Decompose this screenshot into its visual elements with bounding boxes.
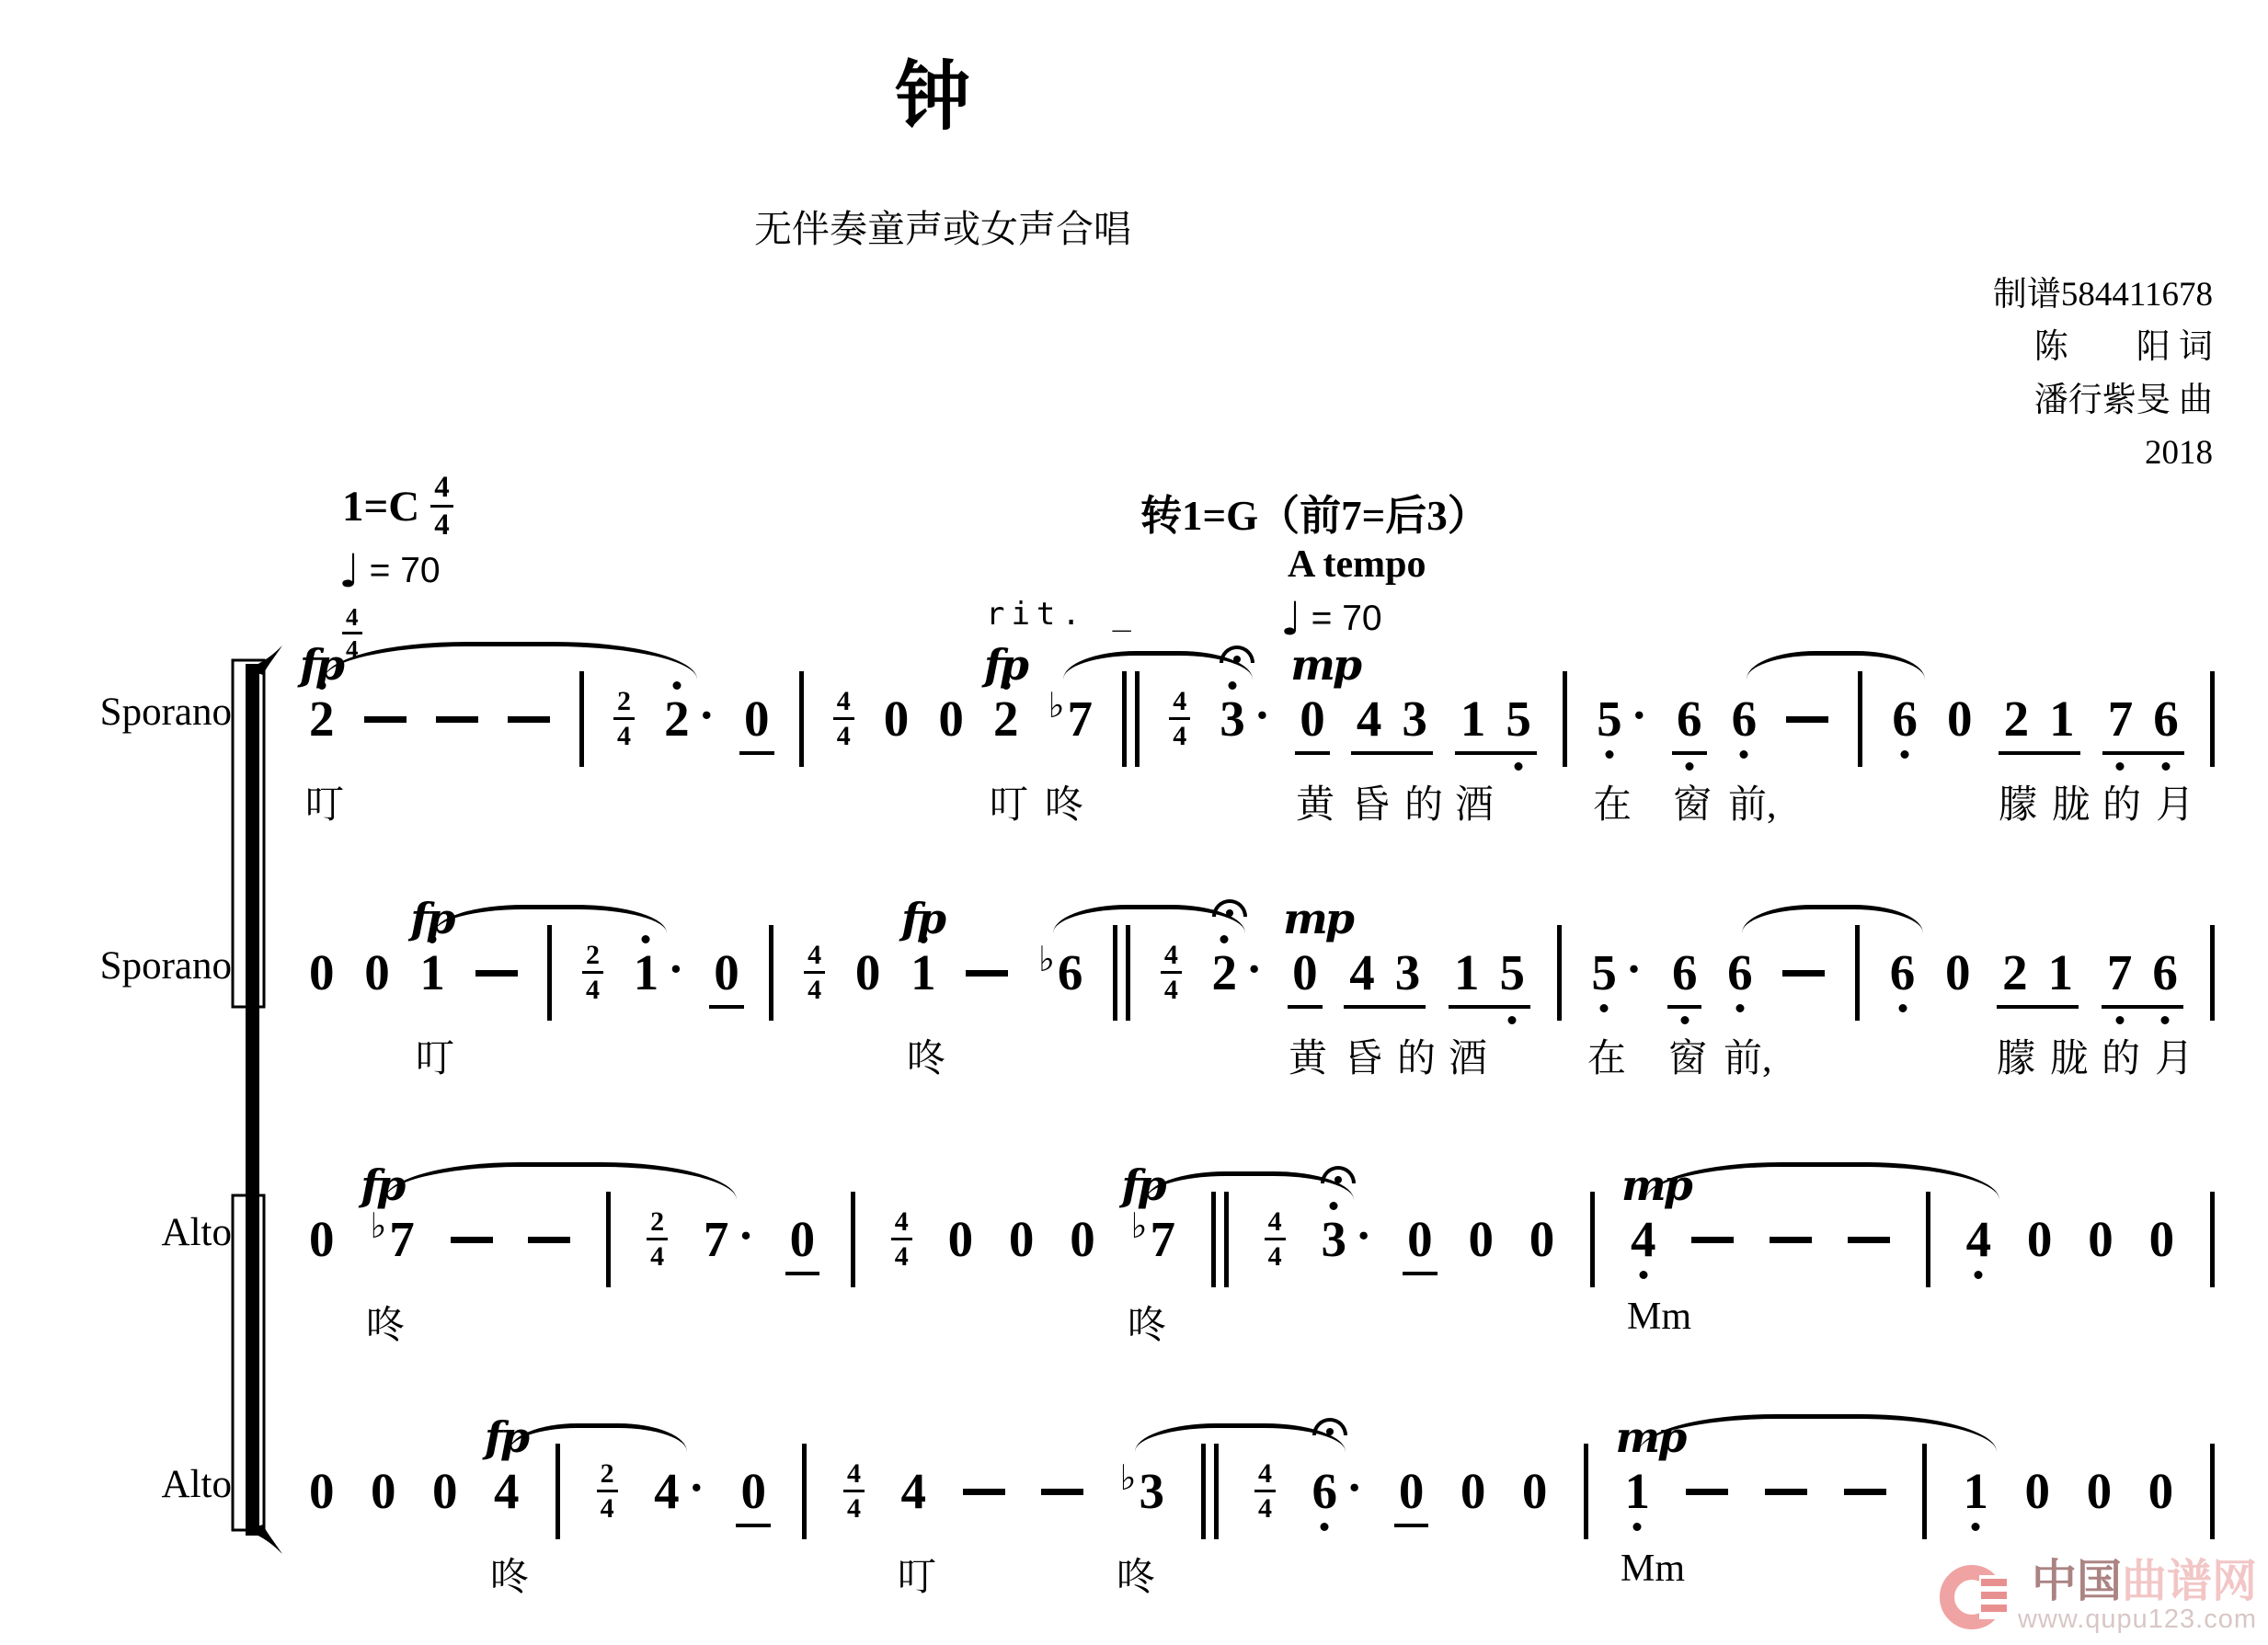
voice-label-2: Sporano	[0, 943, 232, 988]
flat-icon: ♭	[370, 1205, 386, 1247]
lyric-syllable: 叮	[898, 1547, 936, 1602]
barline	[769, 925, 773, 1021]
note-digit: 0	[364, 947, 390, 999]
lyric-syllable: 咚	[1045, 774, 1083, 829]
double-barline	[1201, 1444, 1219, 1539]
augmentation-dot: ·	[1254, 691, 1270, 742]
note-digit: 0	[1070, 1214, 1095, 1265]
octave-dot-below	[1321, 1523, 1329, 1531]
note-token: 6	[1677, 693, 1702, 745]
lyric-syllable: 酒	[1449, 1028, 1487, 1083]
lyric-syllable: 昏	[1351, 774, 1390, 829]
double-barline	[1113, 925, 1130, 1021]
note-token: 76	[2105, 947, 2180, 999]
note-token: ♭6	[1038, 947, 1082, 999]
lyric-syllable: 酒	[1455, 774, 1494, 829]
lyric-syllable: 窗	[1673, 774, 1712, 829]
note-digit: 0	[1529, 1214, 1555, 1265]
beamed-pair: 21	[2002, 693, 2077, 745]
note-token: 43	[1355, 693, 1429, 745]
note-digit: 0	[432, 1466, 458, 1517]
note-digit: 1	[634, 947, 659, 999]
lyric-syllable: 朦	[1997, 1028, 2035, 1083]
note-token: 0	[364, 947, 390, 999]
music-line-4: 000fp4244·0444♭3446·000mp11000咚叮咚Mm	[309, 1453, 2215, 1614]
note-digit: 4	[1357, 693, 1382, 745]
octave-dot-above	[642, 935, 650, 943]
note-token: 0	[948, 1214, 974, 1265]
time-signature: 24	[582, 942, 603, 1004]
dash-continuation	[1848, 1237, 1890, 1243]
note-token: 0	[790, 1214, 816, 1265]
note-token: fp♭7	[1131, 1214, 1175, 1265]
dash-continuation	[508, 716, 550, 723]
lyric-syllable: 朦	[1999, 774, 2037, 829]
flat-icon: ♭	[1120, 1457, 1137, 1499]
time-signature: 44	[1265, 1208, 1286, 1271]
octave-dot-below	[2115, 1016, 2124, 1024]
note-digit: 4	[1631, 1214, 1656, 1265]
note-token: 0	[1460, 1466, 1486, 1517]
note-digit: 0	[1522, 1466, 1548, 1517]
barline	[1855, 925, 1860, 1021]
lyric-syllable: Mm	[1627, 1295, 1691, 1339]
note-token: ♭7	[1048, 693, 1093, 745]
barline	[1557, 925, 1562, 1021]
dash-continuation	[1782, 970, 1825, 977]
note-digit: 0	[2027, 1214, 2053, 1265]
notes-row: 0fp♭7247·044000fp♭7443·000mp44000	[309, 1201, 2215, 1278]
augmentation-dot: ·	[1632, 691, 1647, 742]
octave-dot-above	[1330, 1202, 1338, 1210]
watermark: 中国曲谱网 www.qupu123.com	[1937, 1555, 2257, 1638]
dash-continuation	[475, 970, 518, 977]
dash-continuation	[1691, 1237, 1734, 1243]
note-digit: 0	[2025, 1466, 2051, 1517]
note-token: 2·	[664, 693, 715, 745]
note-digit: 5	[1597, 693, 1622, 745]
note-digit: 1	[2049, 693, 2075, 745]
note-digit: 5	[1499, 947, 1525, 999]
note-token: 0	[2025, 1466, 2051, 1517]
note-token: 4	[1966, 1214, 1992, 1265]
time-signature: 44	[1161, 942, 1182, 1004]
note-token: 0	[1522, 1466, 1548, 1517]
note-token: 15	[1452, 947, 1527, 999]
note-token: 0	[714, 947, 739, 999]
note-digit: 6	[1732, 693, 1758, 745]
note-digit: 6	[1892, 693, 1918, 745]
note-digit: 0	[714, 947, 739, 999]
note-token: mp1	[1624, 1466, 1650, 1517]
dash-continuation	[436, 716, 478, 723]
note-digit: 1	[1624, 1466, 1650, 1517]
note-digit: 6	[1058, 947, 1083, 999]
note-token: ♭3	[1120, 1466, 1164, 1517]
barline	[2210, 671, 2215, 767]
note-digit: 2	[2004, 693, 2030, 745]
slur-arc	[1747, 651, 1925, 680]
slur-arc	[434, 905, 667, 933]
note-token: fp442	[309, 693, 335, 745]
note-digit: 0	[855, 947, 881, 999]
octave-dot-below	[1515, 762, 1523, 771]
lyric-syllable: 黄	[1289, 1028, 1327, 1083]
barline	[851, 1192, 855, 1287]
note-digit: 4	[494, 1466, 520, 1517]
augmentation-dot: ·	[1626, 944, 1642, 996]
note-token: 1·	[634, 947, 684, 999]
barline	[547, 925, 552, 1021]
barline	[1584, 1444, 1588, 1539]
note-token: 0	[432, 1466, 458, 1517]
dash-continuation	[1844, 1489, 1886, 1495]
note-digit: 0	[884, 693, 910, 745]
watermark-url: www.qupu123.com	[2018, 1605, 2257, 1635]
note-token: 4	[901, 1466, 927, 1517]
note-token: 0	[1407, 1214, 1433, 1265]
watermark-text: 中国曲谱网 www.qupu123.com	[2018, 1558, 2257, 1635]
lyric-syllable: 胧	[2050, 1028, 2089, 1083]
note-digit: 6	[1727, 947, 1753, 999]
note-digit: 6	[1672, 947, 1698, 999]
barline	[1858, 671, 1862, 767]
dash-continuation	[1041, 1489, 1083, 1495]
augmentation-dot: ·	[1346, 1463, 1362, 1514]
lyric-syllable: 咚	[1117, 1547, 1155, 1602]
barline	[2210, 1444, 2215, 1539]
octave-dot-above	[1220, 935, 1229, 943]
octave-dot-below	[1735, 1004, 1744, 1012]
octave-dot-below	[1600, 1004, 1609, 1012]
note-token: 0	[744, 693, 770, 745]
octave-dot-below	[2161, 762, 2170, 771]
barline	[1563, 671, 1567, 767]
note-digit: 4	[1349, 947, 1375, 999]
barline	[1590, 1192, 1595, 1287]
dash-continuation	[1765, 1489, 1807, 1495]
note-digit: 0	[1407, 1214, 1433, 1265]
note-token: 0	[309, 1214, 335, 1265]
slur-arc	[1645, 1162, 1999, 1200]
note-token: 0	[309, 947, 335, 999]
time-signature: 44	[891, 1208, 912, 1271]
note-token: 0	[1399, 1466, 1425, 1517]
octave-dot-above	[672, 681, 681, 690]
octave-dot-below	[2161, 1016, 2170, 1024]
lyric-syllable: 在	[1593, 774, 1632, 829]
note-token: 0	[1947, 693, 1973, 745]
voice-label-1: Sporano	[0, 690, 232, 735]
note-digit: 0	[309, 947, 335, 999]
beamed-pair: 21	[2000, 947, 2075, 999]
augmentation-dot: ·	[689, 1463, 704, 1514]
time-signature: 44	[804, 942, 825, 1004]
note-token: mp0	[1292, 947, 1318, 999]
barline	[2210, 1192, 2215, 1287]
note-digit: 0	[1399, 1466, 1425, 1517]
octave-dot-below	[1680, 1016, 1689, 1024]
note-digit: 3	[1220, 693, 1245, 745]
note-token: fp4	[494, 1466, 520, 1517]
note-digit: 0	[1947, 693, 1973, 745]
octave-dot-below	[1508, 1016, 1517, 1024]
flat-icon: ♭	[1048, 684, 1065, 726]
note-token: 3·	[1220, 693, 1270, 745]
lyric-syllable: 前,	[1728, 774, 1777, 829]
note-token: 0	[1009, 1214, 1035, 1265]
lyric-syllable: 前,	[1724, 1028, 1772, 1083]
note-digit: 7	[2107, 947, 2133, 999]
flat-icon: ♭	[1131, 1205, 1148, 1247]
note-digit: 7	[1068, 693, 1094, 745]
note-digit: 0	[790, 1214, 816, 1265]
note-digit: 0	[1300, 693, 1325, 745]
slur-arc	[1742, 905, 1923, 933]
lyric-syllable: 叮	[416, 1028, 454, 1083]
note-token: 0	[1529, 1214, 1555, 1265]
note-token: 6	[1732, 693, 1758, 745]
note-token: 5·	[1597, 693, 1647, 745]
note-digit: 4	[901, 1466, 927, 1517]
octave-dot-below	[1605, 750, 1613, 759]
dash-continuation	[963, 1489, 1005, 1495]
octave-dot-above	[429, 935, 437, 943]
note-digit: 6	[2153, 693, 2179, 745]
note-token: 43	[1347, 947, 1422, 999]
lyric-syllable: 咚	[1128, 1295, 1166, 1350]
note-digit: 0	[2148, 1466, 2174, 1517]
time-signature: 44	[1254, 1460, 1276, 1523]
note-digit: 7	[389, 1214, 415, 1265]
augmentation-dot: ·	[699, 691, 715, 742]
note-token: 0	[884, 693, 910, 745]
watermark-brand: 中国曲谱网	[2032, 1558, 2257, 1605]
note-digit: 6	[1677, 693, 1702, 745]
note-token: 0	[2088, 1214, 2113, 1265]
note-digit: 3	[1395, 947, 1421, 999]
octave-dot-below	[1975, 1271, 1983, 1279]
voice-label-3: Alto	[0, 1210, 232, 1255]
music-line-1: fp442242·04400fprit. _2♭7443·mp043155·66…	[309, 680, 2215, 841]
note-token: 6	[1672, 947, 1698, 999]
notes-row: fp442242·04400fprit. _2♭7443·mp043155·66…	[309, 680, 2215, 758]
note-digit: 2	[1212, 947, 1238, 999]
note-token: fp1	[911, 947, 936, 999]
note-token: 0	[1070, 1214, 1095, 1265]
barline	[1926, 1192, 1930, 1287]
beamed-pair: 43	[1355, 693, 1429, 745]
lyric-syllable: 叮	[990, 774, 1028, 829]
lyric-syllable: 黄	[1296, 774, 1334, 829]
double-barline	[1211, 1192, 1229, 1287]
slur-arc	[1639, 1414, 1997, 1452]
octave-dot-below	[1898, 1004, 1907, 1012]
dash-continuation	[966, 970, 1008, 977]
note-token: 0	[309, 1466, 335, 1517]
note-token: 6	[1727, 947, 1753, 999]
dash-continuation	[451, 1237, 493, 1243]
note-digit: 0	[1945, 947, 1971, 999]
note-digit: 5	[1506, 693, 1531, 745]
note-token: 0	[371, 1466, 396, 1517]
dash-continuation	[528, 1237, 570, 1243]
lyric-syllable: 咚	[490, 1547, 529, 1602]
music-system: Sporanofp442242·04400fprit. _2♭7443·mp04…	[0, 0, 2268, 1645]
lyric-syllable: 咚	[366, 1295, 405, 1350]
note-token: 0	[1945, 947, 1971, 999]
note-digit: 6	[1312, 1466, 1338, 1517]
octave-dot-below	[1639, 1271, 1647, 1279]
note-token: 6·	[1312, 1466, 1363, 1517]
note-digit: 2	[664, 693, 690, 745]
note-digit: 0	[2088, 1214, 2113, 1265]
note-token: 0	[2027, 1214, 2053, 1265]
barline	[802, 1444, 807, 1539]
note-token: fp♭7	[370, 1214, 414, 1265]
beamed-pair: 43	[1347, 947, 1422, 999]
slur-arc	[384, 1162, 737, 1200]
note-digit: 4	[654, 1466, 680, 1517]
note-digit: 0	[1468, 1214, 1494, 1265]
octave-dot-below	[2116, 762, 2125, 771]
lyric-syllable: 的	[1397, 1028, 1436, 1083]
note-digit: 1	[1454, 947, 1480, 999]
augmentation-dot: ·	[668, 944, 683, 996]
lyric-syllable: 的	[2102, 1028, 2140, 1083]
note-digit: 3	[1139, 1466, 1164, 1517]
lyric-syllable: 叮	[305, 774, 344, 829]
note-digit: 3	[1402, 693, 1427, 745]
beamed-pair: 76	[2106, 693, 2181, 745]
note-digit: 1	[1460, 693, 1486, 745]
music-line-2: 00fp1241·0440fp1♭6442·mp043155·66602176叮…	[309, 934, 2215, 1095]
note-token: 21	[2000, 947, 2075, 999]
note-token: 0	[740, 1466, 766, 1517]
lyric-syllable: 昏	[1344, 1028, 1382, 1083]
dash-continuation	[364, 716, 407, 723]
dash-continuation	[1770, 1237, 1812, 1243]
note-digit: 7	[1150, 1214, 1175, 1265]
lyric-syllable: Mm	[1621, 1547, 1685, 1591]
note-token: 7·	[704, 1214, 754, 1265]
note-digit: 2	[309, 693, 335, 745]
note-token: 0	[2087, 1466, 2113, 1517]
note-digit: 0	[1009, 1214, 1035, 1265]
note-digit: 2	[993, 693, 1019, 745]
octave-dot-above	[1002, 681, 1010, 690]
note-digit: 1	[1964, 1466, 1989, 1517]
octave-dot-above	[1229, 681, 1237, 690]
octave-dot-below	[1685, 762, 1693, 771]
lyric-syllable: 月	[2155, 1028, 2194, 1083]
note-token: 3·	[1321, 1214, 1371, 1265]
beamed-pair: 15	[1459, 693, 1533, 745]
note-token: 0	[1468, 1214, 1494, 1265]
barline	[556, 1444, 560, 1539]
note-digit: 0	[2087, 1466, 2113, 1517]
time-signature: 24	[613, 688, 635, 750]
barline	[2210, 925, 2215, 1021]
note-token: 0	[2149, 1214, 2175, 1265]
note-token: 76	[2106, 693, 2181, 745]
lyric-syllable: 的	[1404, 774, 1443, 829]
note-digit: 6	[1890, 947, 1916, 999]
note-digit: 1	[911, 947, 936, 999]
note-digit: 7	[2108, 693, 2134, 745]
slur-arc	[509, 1423, 687, 1452]
note-digit: 0	[744, 693, 770, 745]
note-token: mp4	[1631, 1214, 1656, 1265]
beamed-pair: 76	[2105, 947, 2180, 999]
augmentation-dot: ·	[1356, 1211, 1371, 1262]
barline	[579, 671, 584, 767]
beamed-pair: 15	[1452, 947, 1527, 999]
note-digit: 0	[309, 1466, 335, 1517]
note-token: 21	[2002, 693, 2077, 745]
augmentation-dot: ·	[738, 1211, 753, 1262]
lyric-syllable: 的	[2102, 774, 2141, 829]
note-digit: 2	[2002, 947, 2028, 999]
note-digit: 1	[419, 947, 445, 999]
time-signature: 44	[1169, 688, 1190, 750]
octave-dot-above	[919, 935, 927, 943]
note-digit: 0	[309, 1214, 335, 1265]
note-token: 0	[2148, 1466, 2174, 1517]
note-token: 1	[1964, 1466, 1989, 1517]
dash-continuation	[1786, 716, 1828, 723]
note-token: fp1	[419, 947, 445, 999]
note-digit: 4	[1966, 1214, 1992, 1265]
octave-dot-below	[1972, 1523, 1980, 1531]
note-digit: 5	[1591, 947, 1617, 999]
lyric-syllable: 胧	[2052, 774, 2090, 829]
lyric-syllable: 在	[1587, 1028, 1626, 1083]
double-barline	[1122, 671, 1140, 767]
note-digit: 0	[938, 693, 964, 745]
note-digit: 0	[948, 1214, 974, 1265]
octave-dot-above	[317, 681, 326, 690]
dash-continuation	[1686, 1489, 1728, 1495]
note-digit: 7	[704, 1214, 729, 1265]
note-token: 6	[1892, 693, 1918, 745]
note-token: fprit. _2	[993, 693, 1019, 745]
note-token: 0	[938, 693, 964, 745]
note-token: mp0	[1300, 693, 1325, 745]
octave-dot-below	[1901, 750, 1909, 759]
time-signature: 24	[597, 1460, 618, 1523]
flat-icon: ♭	[1038, 938, 1055, 980]
note-token: 5·	[1591, 947, 1642, 999]
note-digit: 0	[1292, 947, 1318, 999]
note-token: 6	[1890, 947, 1916, 999]
watermark-logo-icon	[1937, 1555, 2014, 1638]
note-digit: 6	[2152, 947, 2178, 999]
voice-label-4: Alto	[0, 1462, 232, 1507]
note-digit: 0	[740, 1466, 766, 1517]
note-token: 2·	[1212, 947, 1263, 999]
slur-arc	[324, 642, 697, 680]
barline	[799, 671, 804, 767]
lyric-syllable: 月	[2156, 774, 2194, 829]
augmentation-dot: ·	[1246, 944, 1262, 996]
note-digit: 3	[1321, 1214, 1346, 1265]
rit-marking: rit. _	[986, 596, 1138, 633]
initial-time-signature: 44	[342, 605, 362, 662]
note-token: 0	[855, 947, 881, 999]
note-digit: 0	[1460, 1466, 1486, 1517]
note-digit: 1	[2048, 947, 2074, 999]
